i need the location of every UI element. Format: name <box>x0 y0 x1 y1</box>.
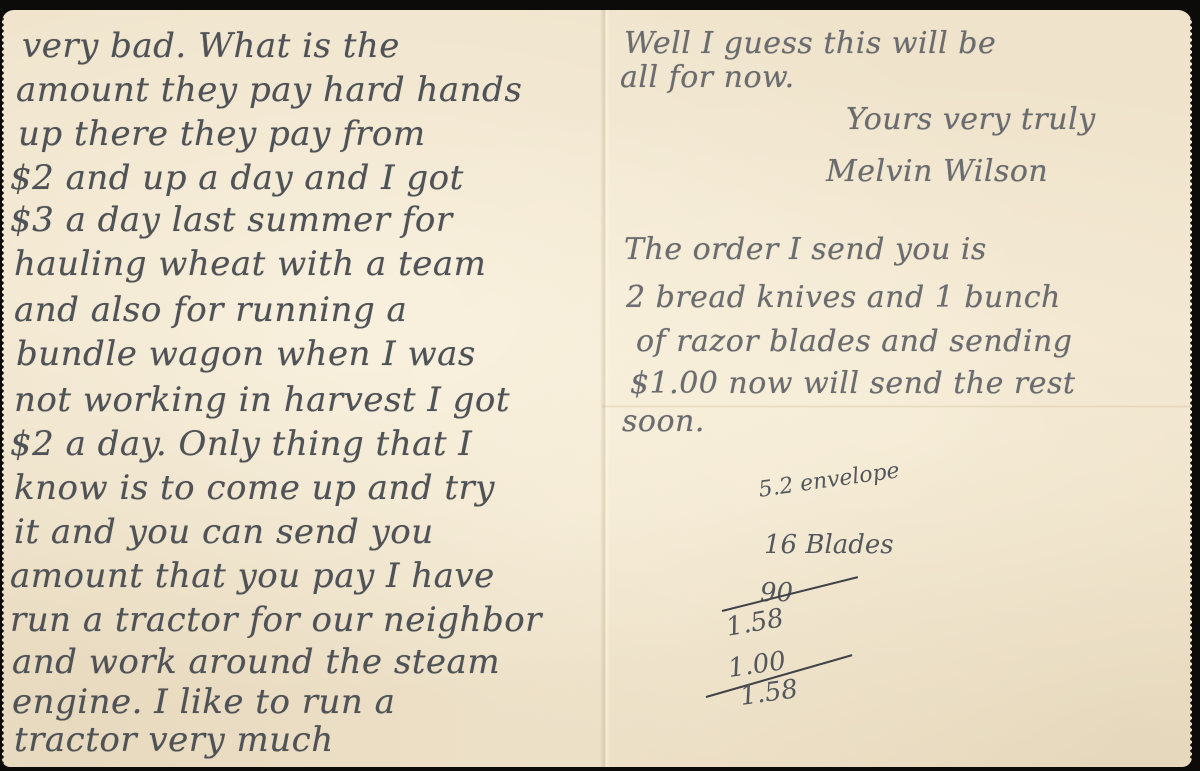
left-line-14: run a tractor for our neighbor <box>10 600 542 640</box>
left-line-12: it and you can send you <box>14 512 434 552</box>
calc-line-2: 16 Blades <box>764 530 894 560</box>
left-line-5: $3 a day last summer for <box>10 200 453 240</box>
right-page: Well I guess this will be all for now. Y… <box>610 10 1192 767</box>
left-line-11: know is to come up and try <box>14 468 495 508</box>
postscript-line-5: soon. <box>622 404 705 439</box>
letter-sheet: very bad. What is the amount they pay ha… <box>2 10 1192 767</box>
center-fold <box>600 10 610 767</box>
postscript-line-1: The order I send you is <box>624 232 987 267</box>
right-opening-line-2: all for now. <box>620 60 795 95</box>
left-line-9: not working in harvest I got <box>14 380 510 420</box>
left-line-2: amount they pay hard hands <box>16 70 522 110</box>
left-line-3: up there they pay from <box>18 114 426 154</box>
left-line-17: tractor very much <box>14 720 334 760</box>
left-line-8: bundle wagon when I was <box>16 334 476 374</box>
left-page: very bad. What is the amount they pay ha… <box>2 10 600 767</box>
signature: Melvin Wilson <box>826 154 1048 189</box>
calc-line-6: 1.58 <box>738 674 800 712</box>
left-line-16: engine. I like to run a <box>12 682 395 722</box>
postscript-line-4: $1.00 now will send the rest <box>630 366 1075 401</box>
postscript-line-2: 2 bread knives and 1 bunch <box>626 280 1061 315</box>
postscript-line-3: of razor blades and sending <box>636 324 1073 359</box>
left-line-4: $2 and up a day and I got <box>10 158 464 198</box>
left-line-13: amount that you pay I have <box>10 556 495 596</box>
scanned-letter: very bad. What is the amount they pay ha… <box>0 0 1200 771</box>
calc-line-1: 5.2 envelope <box>757 458 901 503</box>
left-line-15: and work around the steam <box>12 642 500 682</box>
left-line-10: $2 a day. Only thing that I <box>10 424 472 464</box>
closing-salutation: Yours very truly <box>846 102 1096 137</box>
left-line-7: and also for running a <box>14 290 407 330</box>
right-opening-line-1: Well I guess this will be <box>624 26 996 61</box>
left-line-6: hauling wheat with a team <box>14 244 486 284</box>
left-line-1: very bad. What is the <box>22 26 400 66</box>
